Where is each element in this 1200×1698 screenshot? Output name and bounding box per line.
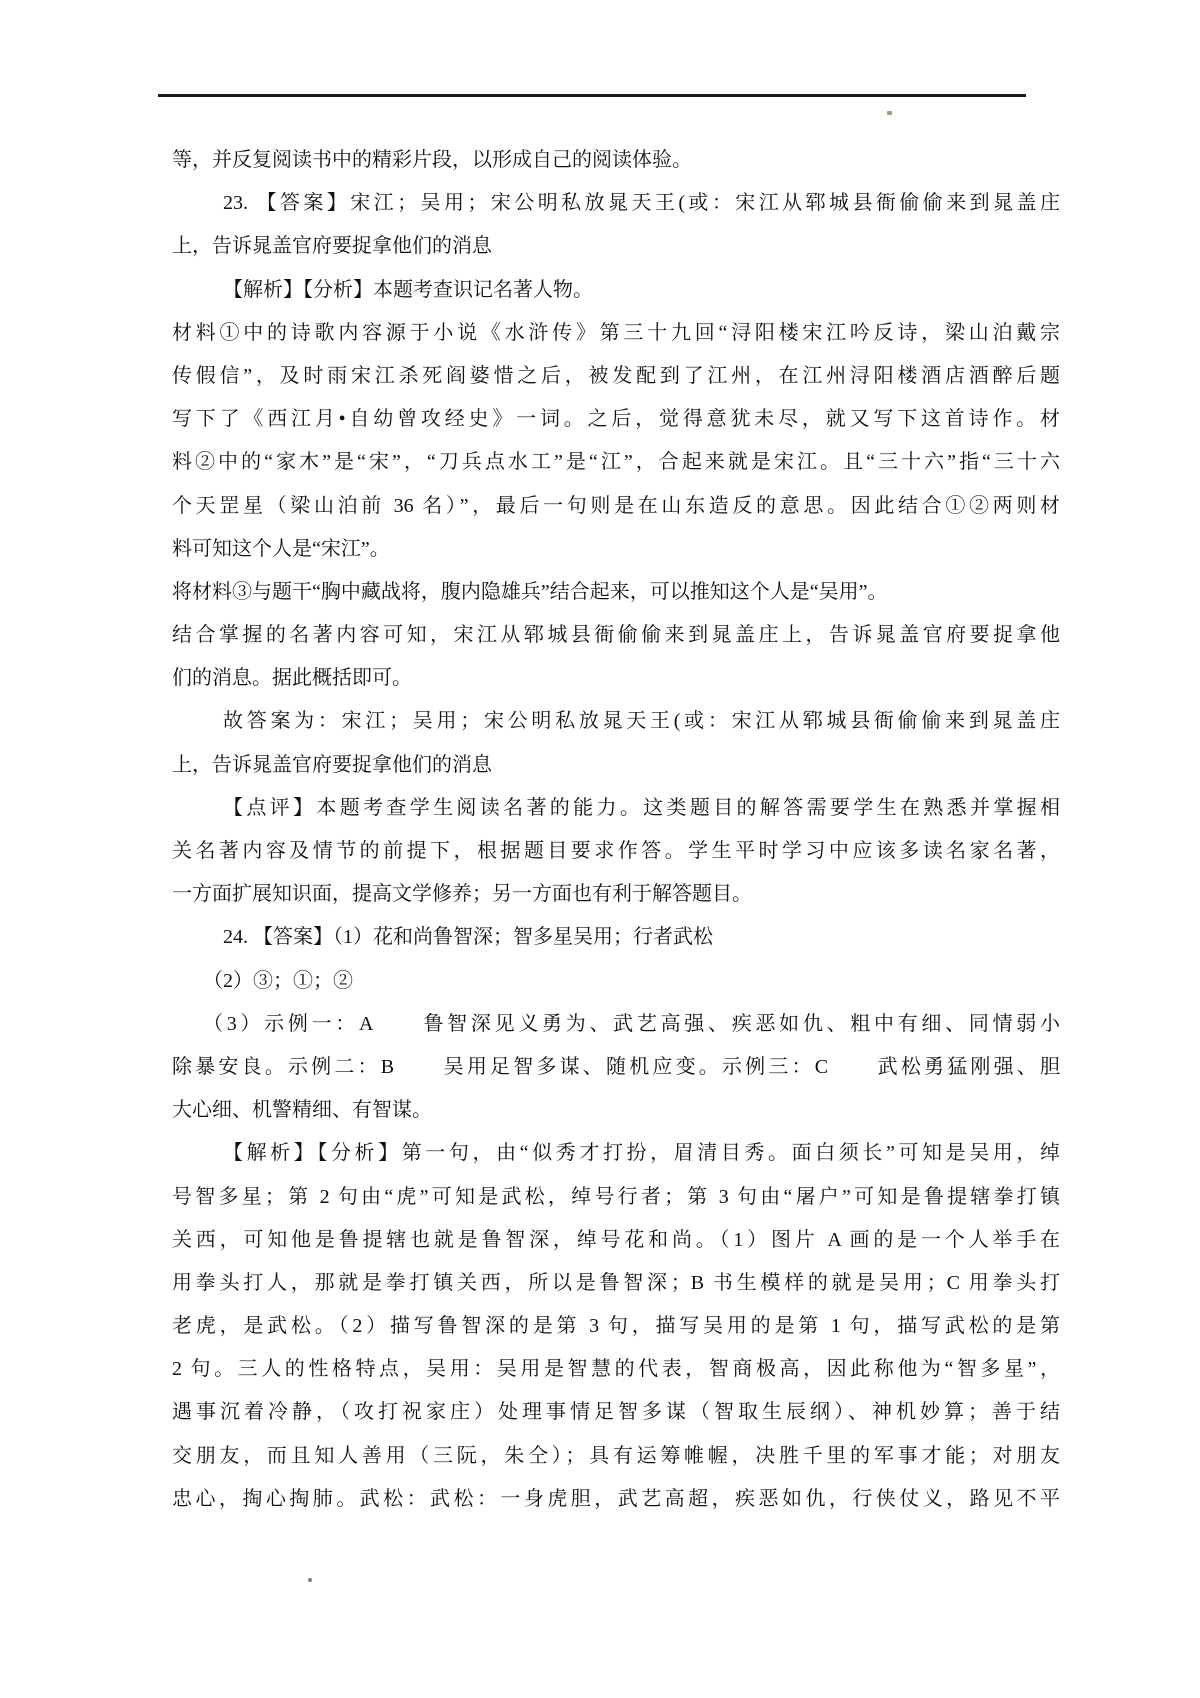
- text-line: 们的消息。据此概括即可。: [172, 657, 1060, 700]
- text-line: （3）示例一：A 鲁智深见义勇为、武艺高强、疾恶如仇、粗中有细、同情弱小: [172, 1003, 1060, 1046]
- text-line: 23. 【答案】宋江；吴用；宋公明私放晁天王(或：宋江从郓城县衙偷偷来到晁盖庄: [172, 182, 1060, 225]
- text-line: 【点评】本题考查学生阅读名著的能力。这类题目的解答需要学生在熟悉并掌握相: [172, 787, 1060, 830]
- text-line: 【解析】【分析】本题考查识记名著人物。: [172, 269, 1060, 312]
- text-line: 关名著内容及情节的前提下，根据题目要求作答。学生平时学习中应该多读名家名著，: [172, 830, 1060, 873]
- text-line: 大心细、机警精细、有智谋。: [172, 1089, 1060, 1132]
- ink-speck-bottom: [308, 1578, 312, 1582]
- text-line: 将材料③与题干“胸中藏战将，腹内隐雄兵”结合起来，可以推知这个人是“吴用”。: [172, 571, 1060, 614]
- text-line: 故答案为：宋江；吴用；宋公明私放晁天王(或：宋江从郓城县衙偷偷来到晁盖庄: [172, 700, 1060, 743]
- text-line: 遇事沉着冷静，（攻打祝家庄）处理事情足智多谋（智取生辰纲）、神机妙算；善于结: [172, 1391, 1060, 1434]
- text-line: 关西，可知他是鲁提辖也就是鲁智深，绰号花和尚。（1）图片 A 画的是一个人举手在: [172, 1219, 1060, 1262]
- text-line: 除暴安良。示例二：B 吴用足智多谋、随机应变。示例三：C 武松勇猛刚强、胆: [172, 1046, 1060, 1089]
- text-line: 忠心，掏心掏肺。武松：武松：一身虎胆，武艺高超，疾恶如仇，行侠仗义，路见不平: [172, 1478, 1060, 1521]
- text-line: 传假信”，及时雨宋江杀死阎婆惜之后，被发配到了江州，在江州浔阳楼酒店酒醉后题: [172, 355, 1060, 398]
- text-line: 上，告诉晁盖官府要捉拿他们的消息: [172, 225, 1060, 268]
- header-rule: [158, 94, 1026, 97]
- text-line: 交朋友，而且知人善用（三阮，朱仝）；具有运筹帷幄，决胜千里的军事才能；对朋友: [172, 1435, 1060, 1478]
- text-line: 一方面扩展知识面，提高文学修养；另一方面也有利于解答题目。: [172, 873, 1060, 916]
- text-line: 等，并反复阅读书中的精彩片段，以形成自己的阅读体验。: [172, 139, 1060, 182]
- ink-speck-top: [887, 111, 892, 115]
- text-line: 写下了《西江月•自幼曾攻经史》一词。之后，觉得意犹未尽，就又写下这首诗作。材: [172, 398, 1060, 441]
- text-line: 号智多星；第 2 句由“虎”可知是武松，绰号行者；第 3 句由“屠户”可知是鲁提…: [172, 1176, 1060, 1219]
- text-line: （2）③；①；②: [172, 960, 1060, 1003]
- document-body: 等，并反复阅读书中的精彩片段，以形成自己的阅读体验。23. 【答案】宋江；吴用；…: [172, 139, 1060, 1521]
- document-page: 等，并反复阅读书中的精彩片段，以形成自己的阅读体验。23. 【答案】宋江；吴用；…: [0, 0, 1200, 1698]
- text-line: 料②中的“家木”是“宋”，“刀兵点水工”是“江”，合起来就是宋江。且“三十六”指…: [172, 441, 1060, 484]
- text-line: 用拳头打人，那就是拳打镇关西，所以是鲁智深；B 书生模样的就是吴用；C 用拳头打: [172, 1262, 1060, 1305]
- text-line: 材料①中的诗歌内容源于小说《水浒传》第三十九回“浔阳楼宋江吟反诗，梁山泊戴宗: [172, 312, 1060, 355]
- text-line: 24. 【答案】（1）花和尚鲁智深；智多星吴用；行者武松: [172, 916, 1060, 959]
- text-line: 老虎，是武松。（2）描写鲁智深的是第 3 句，描写吴用的是第 1 句，描写武松的…: [172, 1305, 1060, 1348]
- text-line: 2 句。三人的性格特点，吴用：吴用是智慧的代表，智商极高，因此称他为“智多星”，: [172, 1348, 1060, 1391]
- text-line: 结合掌握的名著内容可知，宋江从郓城县衙偷偷来到晁盖庄上，告诉晁盖官府要捉拿他: [172, 614, 1060, 657]
- text-line: 上，告诉晁盖官府要捉拿他们的消息: [172, 744, 1060, 787]
- text-line: 个天罡星（梁山泊前 36 名）”，最后一句则是在山东造反的意思。因此结合①②两则…: [172, 485, 1060, 528]
- text-line: 料可知这个人是“宋江”。: [172, 528, 1060, 571]
- text-line: 【解析】【分析】第一句，由“似秀才打扮，眉清目秀。面白须长”可知是吴用，绰: [172, 1132, 1060, 1175]
